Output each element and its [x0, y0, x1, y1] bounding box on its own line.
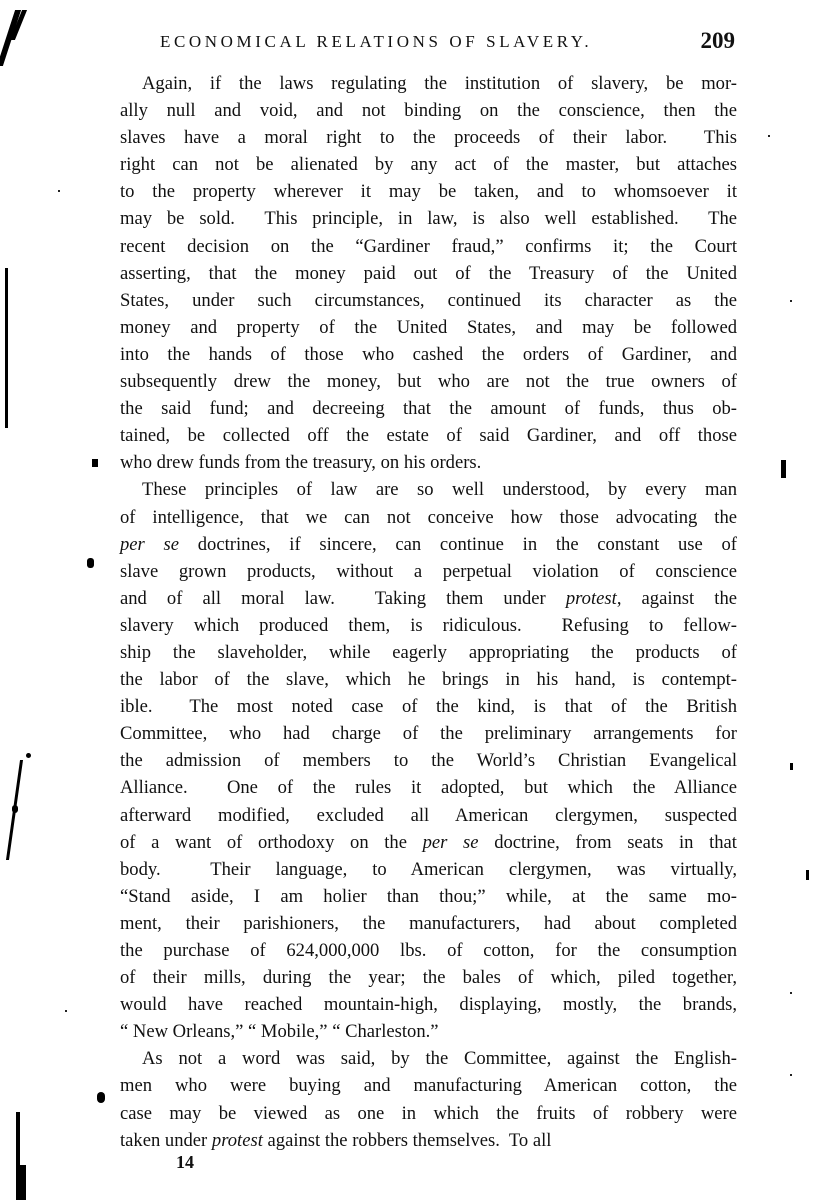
text-line: ally null and void, and not binding on t… — [120, 97, 737, 124]
text-run: the purchase of 624,000,000 lbs. of cott… — [120, 940, 737, 961]
text-line: Again, if the laws regulating the instit… — [120, 70, 737, 97]
text-line: “ New Orleans,” “ Mobile,” “ Charleston.… — [120, 1018, 737, 1045]
text-run: right can not be alienated by any act of… — [120, 154, 737, 175]
text-line: States, under such circumstances, contin… — [120, 287, 737, 314]
text-run: slavery which produced them, is ridiculo… — [120, 615, 737, 636]
running-head: Economical Relations of Slavery. 209 — [160, 28, 735, 58]
text-line: the purchase of 624,000,000 lbs. of cott… — [120, 937, 737, 964]
text-line: and of all moral law. Taking them under … — [120, 585, 737, 612]
text-line: body. Their language, to American clergy… — [120, 856, 737, 883]
text-run: the said fund; and decreeing that the am… — [120, 398, 737, 419]
text-line: afterward modified, excluded all America… — [120, 802, 737, 829]
text-run: asserting, that the money paid out of th… — [120, 263, 737, 284]
text-line: the said fund; and decreeing that the am… — [120, 395, 737, 422]
text-line: These principles of law are so well unde… — [120, 476, 737, 503]
text-line: right can not be alienated by any act of… — [120, 151, 737, 178]
text-line: “Stand aside, I am holier than thou;” wh… — [120, 883, 737, 910]
page-number: 209 — [701, 28, 736, 54]
text-line: tained, be collected off the estate of s… — [120, 422, 737, 449]
text-run: As not a word was said, by the Committee… — [142, 1048, 737, 1069]
text-run: Again, if the laws regulating the instit… — [142, 73, 737, 94]
text-run: Committee, who had charge of the prelimi… — [120, 723, 737, 744]
text-line: the labor of the slave, which he brings … — [120, 666, 737, 693]
text-run: ible. The most noted case of the kind, i… — [120, 696, 737, 717]
text-run: ship the slaveholder, while eagerly appr… — [120, 642, 737, 663]
text-line: slavery which produced them, is ridiculo… — [120, 612, 737, 639]
text-line: of their mills, during the year; the bal… — [120, 964, 737, 991]
text-line: of a want of orthodoxy on the per se doc… — [120, 829, 737, 856]
text-run: who drew funds from the treasury, on his… — [120, 452, 481, 473]
text-run: ally null and void, and not binding on t… — [120, 100, 737, 121]
text-run: Alliance. One of the rules it adopted, b… — [120, 777, 737, 798]
text-line: asserting, that the money paid out of th… — [120, 260, 737, 287]
text-line: of intelligence, that we can not conceiv… — [120, 504, 737, 531]
text-line: ship the slaveholder, while eagerly appr… — [120, 639, 737, 666]
text-line: subsequently drew the money, but who are… — [120, 368, 737, 395]
signature-mark: 14 — [176, 1152, 194, 1173]
text-line: slave grown products, without a perpetua… — [120, 558, 737, 585]
text-run: “ New Orleans,” “ Mobile,” “ Charleston.… — [120, 1021, 439, 1042]
text-line: men who were buying and manufacturing Am… — [120, 1072, 737, 1099]
text-run: and of all moral law. Taking them under — [120, 588, 566, 609]
text-line: taken under protest against the robbers … — [120, 1127, 737, 1154]
text-run: afterward modified, excluded all America… — [120, 805, 737, 826]
text-run: to the property wherever it may be taken… — [120, 181, 737, 202]
text-run: money and property of the United States,… — [120, 317, 737, 338]
text-line: would have reached mountain-high, displa… — [120, 991, 737, 1018]
text-run: “Stand aside, I am holier than thou;” wh… — [120, 886, 737, 907]
running-title: Economical Relations of Slavery. — [160, 32, 592, 52]
italic-term: per se — [423, 832, 479, 853]
text-run: doctrine, from seats in that — [479, 832, 737, 853]
body-text: Again, if the laws regulating the instit… — [120, 70, 737, 1154]
text-line: As not a word was said, by the Committee… — [120, 1045, 737, 1072]
text-line: recent decision on the “Gardiner fraud,”… — [120, 233, 737, 260]
text-run: the labor of the slave, which he brings … — [120, 669, 737, 690]
text-run: These principles of law are so well unde… — [142, 479, 737, 500]
text-run: doctrines, if sincere, can continue in t… — [179, 534, 737, 555]
text-run: , against the — [617, 588, 737, 609]
text-run: may be sold. This principle, in law, is … — [120, 208, 737, 229]
italic-term: protest — [566, 588, 617, 609]
text-run: of intelligence, that we can not conceiv… — [120, 507, 737, 528]
text-line: ment, their parishioners, the manufactur… — [120, 910, 737, 937]
text-line: who drew funds from the treasury, on his… — [120, 449, 737, 476]
text-line: ible. The most noted case of the kind, i… — [120, 693, 737, 720]
text-line: to the property wherever it may be taken… — [120, 178, 737, 205]
text-run: case may be viewed as one in which the f… — [120, 1103, 737, 1124]
text-run: recent decision on the “Gardiner fraud,”… — [120, 236, 737, 257]
text-run: against the robbers themselves. To all — [263, 1130, 552, 1151]
text-line: per se doctrines, if sincere, can contin… — [120, 531, 737, 558]
text-run: of their mills, during the year; the bal… — [120, 967, 737, 988]
text-run: into the hands of those who cashed the o… — [120, 344, 737, 365]
text-run: slaves have a moral right to the proceed… — [120, 127, 737, 148]
text-line: case may be viewed as one in which the f… — [120, 1100, 737, 1127]
text-run: taken under — [120, 1130, 212, 1151]
text-run: body. Their language, to American clergy… — [120, 859, 737, 880]
text-run: States, under such circumstances, contin… — [120, 290, 737, 311]
text-line: money and property of the United States,… — [120, 314, 737, 341]
text-line: slaves have a moral right to the proceed… — [120, 124, 737, 151]
text-line: into the hands of those who cashed the o… — [120, 341, 737, 368]
text-run: the admission of members to the World’s … — [120, 750, 737, 771]
text-run: men who were buying and manufacturing Am… — [120, 1075, 737, 1096]
book-page: Economical Relations of Slavery. 209 Aga… — [0, 0, 813, 1200]
text-run: tained, be collected off the estate of s… — [120, 425, 737, 446]
text-run: slave grown products, without a perpetua… — [120, 561, 737, 582]
text-line: Committee, who had charge of the prelimi… — [120, 720, 737, 747]
text-run: ment, their parishioners, the manufactur… — [120, 913, 737, 934]
text-run: of a want of orthodoxy on the — [120, 832, 423, 853]
text-line: may be sold. This principle, in law, is … — [120, 205, 737, 232]
text-line: the admission of members to the World’s … — [120, 747, 737, 774]
text-run: subsequently drew the money, but who are… — [120, 371, 737, 392]
italic-term: per se — [120, 534, 179, 555]
italic-term: protest — [212, 1130, 263, 1151]
text-line: Alliance. One of the rules it adopted, b… — [120, 774, 737, 801]
text-run: would have reached mountain-high, displa… — [120, 994, 737, 1015]
